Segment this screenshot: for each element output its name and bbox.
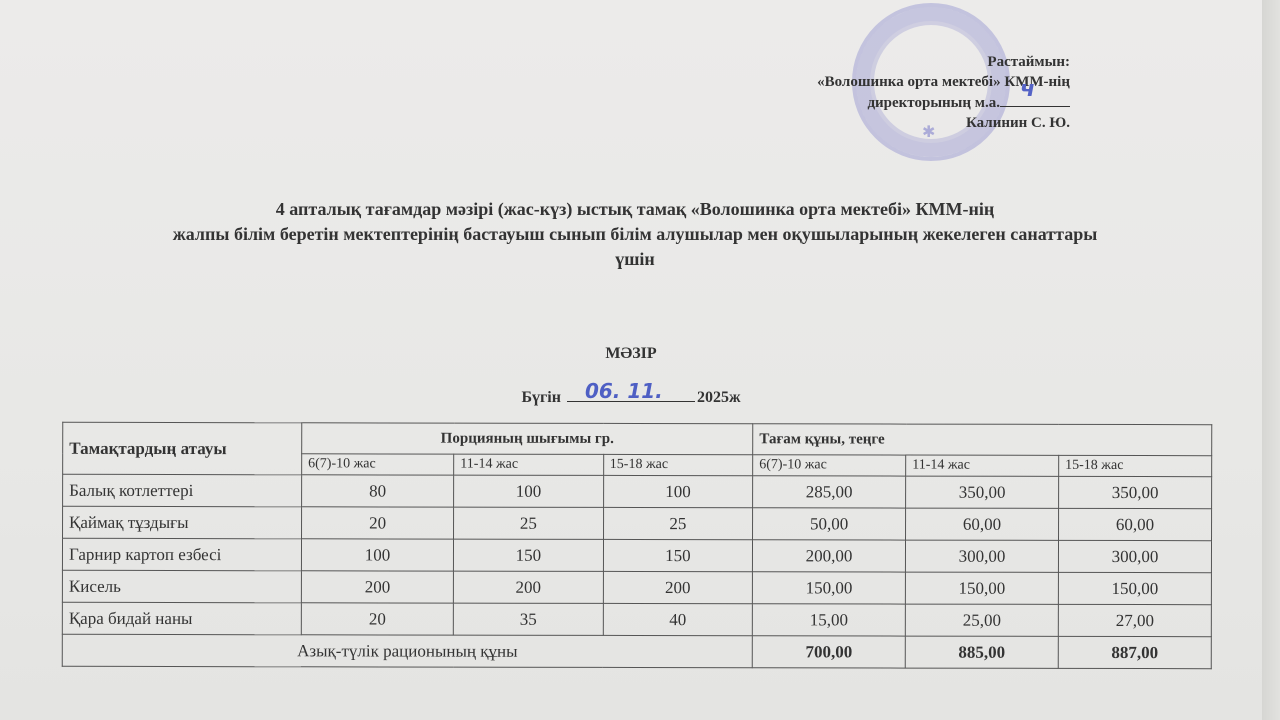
portion-cell: 150 xyxy=(603,539,753,571)
cost-cell: 15,00 xyxy=(752,604,905,636)
menu-heading: МӘЗІР xyxy=(0,345,1262,363)
dish-name: Қаймақ тұздығы xyxy=(63,506,302,539)
dish-name: Гарнир картоп езбесі xyxy=(62,538,301,571)
cost-cell: 50,00 xyxy=(753,508,906,540)
cost-cell: 350,00 xyxy=(906,476,1059,508)
date-label: Бүгін xyxy=(521,389,561,406)
cost-cell: 200,00 xyxy=(753,540,906,572)
cost-age-header: 15-18 жас xyxy=(1059,455,1212,476)
cost-cell: 150,00 xyxy=(905,572,1058,604)
portion-cell: 40 xyxy=(603,603,753,635)
portion-age-header: 11-14 жас xyxy=(454,454,604,475)
name-column-header: Тамақтардың атауы xyxy=(63,422,302,475)
table-row: Кисель200200200150,00150,00150,00 xyxy=(62,570,1211,604)
date-line: Бүгін06. 11.2025ж xyxy=(0,385,1262,407)
total-cost: 887,00 xyxy=(1058,636,1211,668)
signature: ч xyxy=(1020,80,1035,100)
document-title-line-2: жалпы білім беретін мектептерінің бастау… xyxy=(40,222,1230,246)
portion-cell: 200 xyxy=(454,571,604,603)
approval-line-4: Калинин С. Ю. xyxy=(817,113,1070,133)
portion-cell: 100 xyxy=(301,539,453,571)
cost-age-header: 11-14 жас xyxy=(906,455,1059,476)
portion-age-header: 15-18 жас xyxy=(603,454,753,475)
approval-line-3: директорының м.а.ч xyxy=(817,92,1070,113)
menu-table: Тамақтардың атауы Порцияның шығымы гр. Т… xyxy=(62,422,1213,669)
portion-cell: 200 xyxy=(301,571,453,603)
page-edge xyxy=(1262,0,1280,720)
document-title-line-1: 4 апталық тағамдар мәзірі (жас-күз) ысты… xyxy=(40,197,1230,221)
cost-cell: 300,00 xyxy=(1058,540,1211,572)
portion-age-header: 6(7)-10 жас xyxy=(302,454,454,475)
table-header-row: Тамақтардың атауы Порцияның шығымы гр. Т… xyxy=(63,422,1212,455)
portion-group-header: Порцияның шығымы гр. xyxy=(302,423,753,455)
document-title-line-3: үшін xyxy=(40,247,1230,271)
cost-cell: 60,00 xyxy=(906,508,1059,540)
dish-name: Балық котлеттері xyxy=(63,474,302,507)
approval-line-1: Растаймын: xyxy=(817,52,1070,72)
approval-block: Растаймын: «Волошинка орта мектебі» КММ-… xyxy=(817,52,1070,133)
table-row: Балық котлеттері80100100285,00350,00350,… xyxy=(63,474,1212,508)
cost-cell: 150,00 xyxy=(1058,572,1211,604)
portion-cell: 35 xyxy=(453,603,603,635)
cost-cell: 300,00 xyxy=(905,540,1058,572)
portion-cell: 200 xyxy=(603,571,753,603)
dish-name: Қара бидай наны xyxy=(62,602,301,635)
date-handwritten: 06. 11. xyxy=(585,379,663,403)
cost-age-header: 6(7)-10 жас xyxy=(753,455,906,476)
portion-cell: 20 xyxy=(301,603,453,635)
total-row: Азық-түлік рационының құны 700,00 885,00… xyxy=(62,634,1211,668)
portion-cell: 100 xyxy=(454,475,604,507)
table-row: Қара бидай наны20354015,0025,0027,00 xyxy=(62,602,1211,636)
cost-cell: 60,00 xyxy=(1058,508,1211,540)
cost-cell: 150,00 xyxy=(752,572,905,604)
cost-cell: 285,00 xyxy=(753,476,906,508)
portion-cell: 25 xyxy=(454,507,604,539)
signature-line: ч xyxy=(1000,92,1070,107)
date-field: 06. 11. xyxy=(567,385,695,402)
total-cost: 885,00 xyxy=(905,636,1058,668)
cost-cell: 27,00 xyxy=(1058,604,1211,636)
date-year: 2025ж xyxy=(697,389,741,406)
dish-name: Кисель xyxy=(62,570,301,603)
cost-group-header: Тағам құны, теңге xyxy=(753,424,1212,456)
total-label: Азық-түлік рационының құны xyxy=(62,634,752,667)
total-cost: 700,00 xyxy=(752,636,905,668)
table-row: Қаймақ тұздығы20252550,0060,0060,00 xyxy=(63,506,1212,540)
portion-cell: 100 xyxy=(603,475,753,507)
cost-cell: 350,00 xyxy=(1059,476,1212,508)
portion-cell: 80 xyxy=(302,475,454,507)
portion-cell: 25 xyxy=(603,507,753,539)
table-row: Гарнир картоп езбесі100150150200,00300,0… xyxy=(62,538,1211,572)
portion-cell: 20 xyxy=(301,507,453,539)
portion-cell: 150 xyxy=(454,539,604,571)
cost-cell: 25,00 xyxy=(905,604,1058,636)
